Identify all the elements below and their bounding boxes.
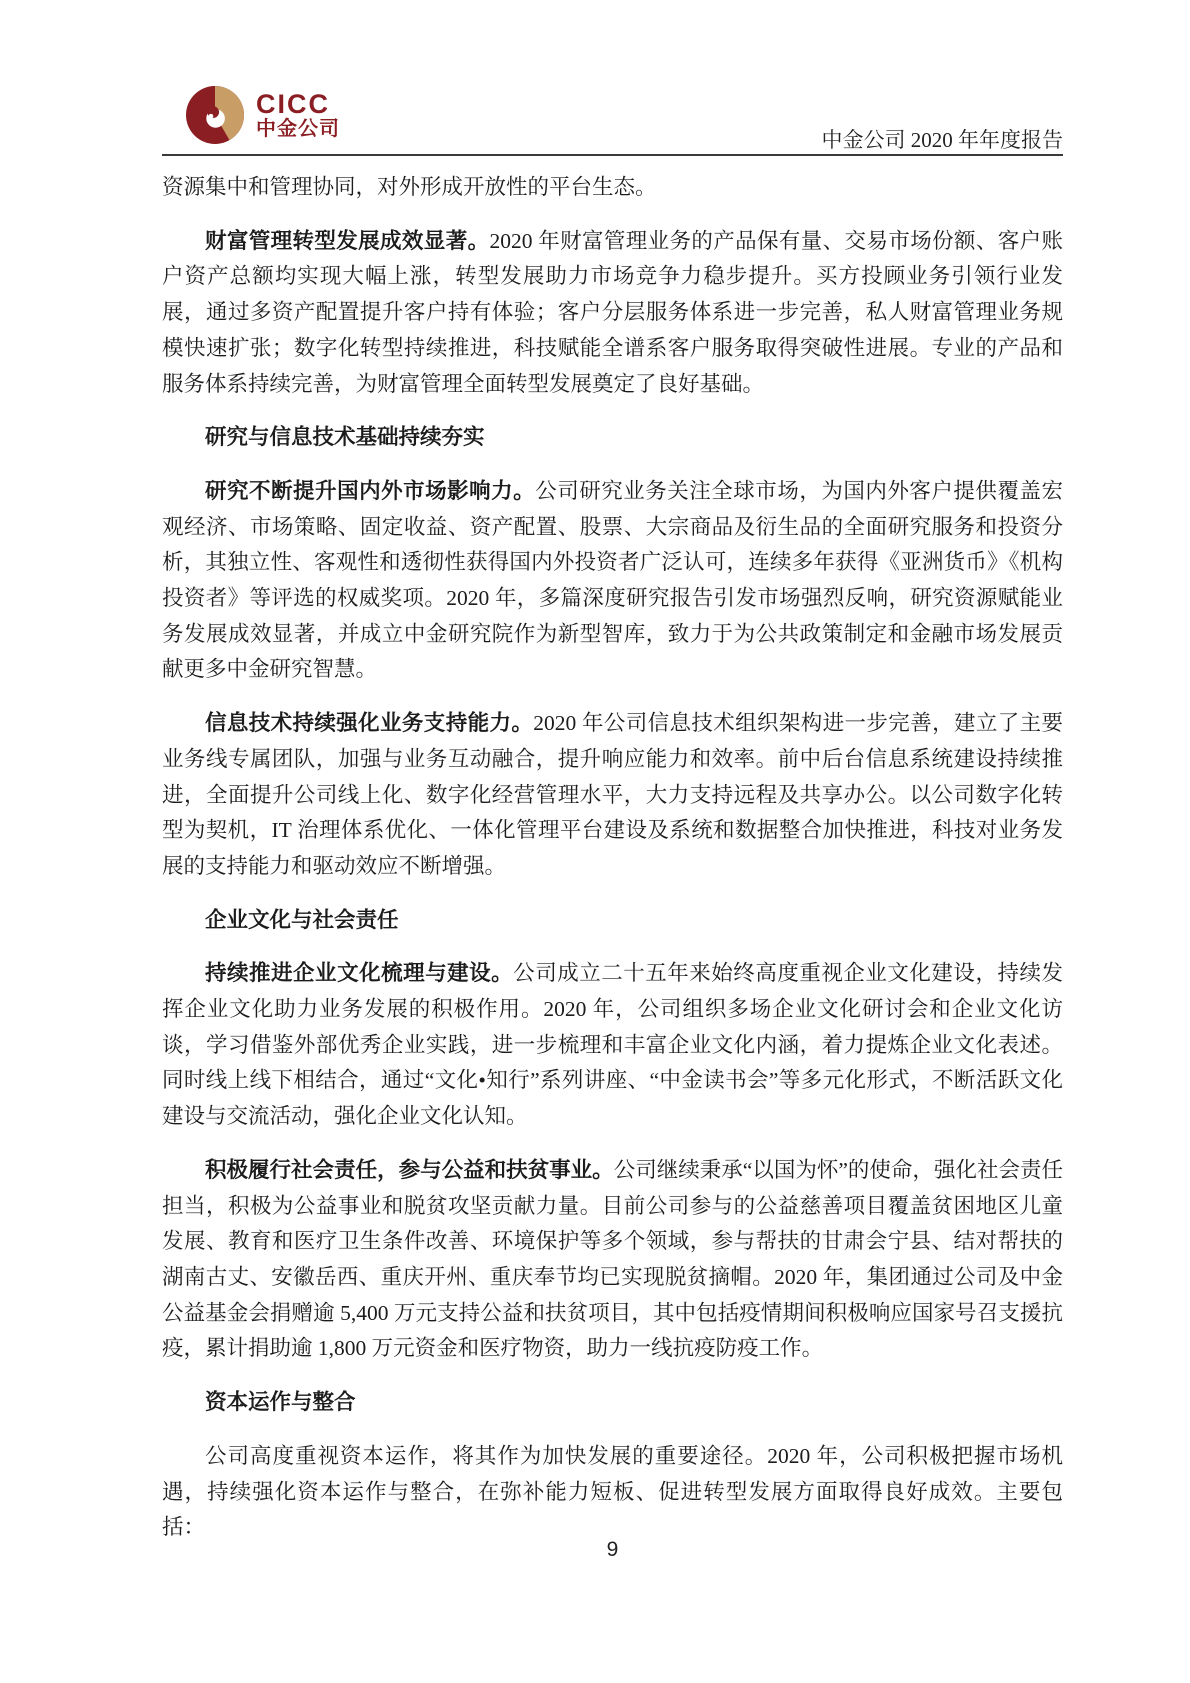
paragraph-text: 公司成立二十五年来始终高度重视企业文化建设，持续发挥企业文化助力业务发展的积极作… xyxy=(162,961,1063,1128)
cicc-logo: CICC 中金公司 xyxy=(186,86,340,144)
paragraph-lead: 持续推进企业文化梳理与建设。 xyxy=(205,961,513,985)
body-paragraph: 公司高度重视资本运作，将其作为加快发展的重要途径。2020 年，公司积极把握市场… xyxy=(162,1439,1063,1546)
section-heading: 研究与信息技术基础持续夯实 xyxy=(162,420,1063,456)
document-title: 中金公司 2020 年年度报告 xyxy=(822,124,1064,154)
paragraph-text: 2020 年公司信息技术组织架构进一步完善，建立了主要业务线专属团队，加强与业务… xyxy=(162,711,1063,878)
section-heading: 企业文化与社会责任 xyxy=(162,903,1063,939)
logo-latin-text: CICC xyxy=(256,91,340,118)
paragraph-lead: 财富管理转型发展成效显著。 xyxy=(205,229,489,253)
paragraph-lead: 研究不断提升国内外市场影响力。 xyxy=(205,479,535,503)
body-paragraph: 资源集中和管理协同，对外形成开放性的平台生态。 xyxy=(162,170,1063,206)
heading-text: 企业文化与社会责任 xyxy=(205,908,399,932)
body-paragraph: 研究不断提升国内外市场影响力。公司研究业务关注全球市场，为国内外客户提供覆盖宏观… xyxy=(162,474,1063,688)
paragraph-text: 公司高度重视资本运作，将其作为加快发展的重要途径。2020 年，公司积极把握市场… xyxy=(162,1444,1063,1539)
paragraph-lead: 信息技术持续强化业务支持能力。 xyxy=(205,711,533,735)
heading-text: 研究与信息技术基础持续夯实 xyxy=(205,425,485,449)
paragraph-text: 2020 年财富管理业务的产品保有量、交易市场份额、客户账户资产总额均实现大幅上… xyxy=(162,229,1063,396)
paragraph-text: 公司研究业务关注全球市场，为国内外客户提供覆盖宏观经济、市场策略、固定收益、资产… xyxy=(162,479,1063,682)
body-paragraph: 持续推进企业文化梳理与建设。公司成立二十五年来始终高度重视企业文化建设，持续发挥… xyxy=(162,956,1063,1135)
page-body: 资源集中和管理协同，对外形成开放性的平台生态。财富管理转型发展成效显著。2020… xyxy=(162,170,1063,1564)
paragraph-text: 资源集中和管理协同，对外形成开放性的平台生态。 xyxy=(162,175,657,199)
cicc-logo-icon xyxy=(186,86,244,144)
header-divider xyxy=(162,154,1063,156)
logo-chinese-text: 中金公司 xyxy=(256,119,340,139)
heading-text: 资本运作与整合 xyxy=(205,1390,356,1414)
paragraph-text: 公司继续秉承“以国为怀”的使命，强化社会责任担当，积极为公益事业和脱贫攻坚贡献力… xyxy=(162,1158,1063,1361)
body-paragraph: 财富管理转型发展成效显著。2020 年财富管理业务的产品保有量、交易市场份额、客… xyxy=(162,224,1063,403)
body-paragraph: 信息技术持续强化业务支持能力。2020 年公司信息技术组织架构进一步完善，建立了… xyxy=(162,706,1063,885)
report-page: CICC 中金公司 中金公司 2020 年年度报告 资源集中和管理协同，对外形成… xyxy=(0,0,1190,1683)
paragraph-lead: 积极履行社会责任，参与公益和扶贫事业。 xyxy=(205,1158,614,1182)
logo-wordmark: CICC 中金公司 xyxy=(256,91,340,139)
body-paragraph: 积极履行社会责任，参与公益和扶贫事业。公司继续秉承“以国为怀”的使命，强化社会责… xyxy=(162,1153,1063,1367)
section-heading: 资本运作与整合 xyxy=(162,1385,1063,1421)
page-number: 9 xyxy=(162,1538,1063,1562)
